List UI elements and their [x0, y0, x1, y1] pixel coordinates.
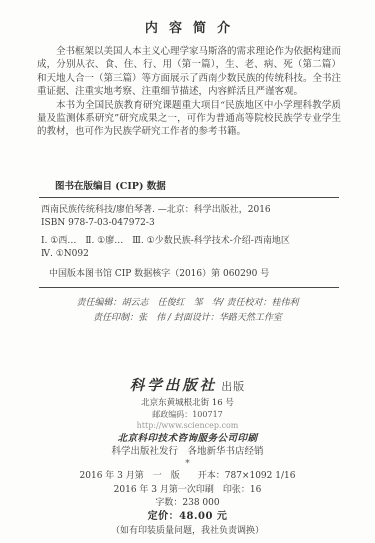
quality-note: （如有印装质量问题，我社负责调换）	[0, 524, 375, 539]
cip-classification-2: Ⅳ. ①N092	[39, 248, 339, 261]
content-summary-title: 内容简介	[0, 17, 375, 36]
publisher-postcode: 邮政编码：100717	[0, 409, 375, 420]
credits-editors-line: 责任编辑：胡云志 任俊红 邹 华/ 责任校对：桂伟利	[0, 296, 375, 311]
publisher-website: http://www.sciencep.com	[0, 420, 375, 432]
summary-paragraph-1: 全书框架以美国人本主义心理学家马斯洛的需求理论作为依据构建而成，分别从衣、食、住…	[37, 45, 341, 99]
cip-title-line: 西南民族传统科技/廖伯琴著. —北京：科学出版社，2016	[39, 204, 339, 217]
cip-header: 图书在版编目 (CIP) 数据	[39, 178, 339, 197]
cip-isbn: ISBN 978-7-03-047972-3	[39, 217, 339, 230]
cip-classification-1: Ⅰ. ①西… Ⅱ. ①廖… Ⅲ. ①少数民族-科学技术-介绍-西南地区	[39, 235, 339, 248]
price: 定价：48.00 元	[0, 510, 375, 524]
publisher-line: 科学出版社 出版	[0, 378, 375, 395]
credits-print-design-line: 责任印制：张 伟 / 封面设计：华路天然工作室	[0, 311, 375, 326]
cip-registry-number: 中国版本图书馆 CIP 数据核字（2016）第 060290 号	[39, 268, 339, 281]
cip-data-block: 图书在版编目 (CIP) 数据 西南民族传统科技/廖伯琴著. —北京：科学出版社…	[39, 178, 339, 288]
copyright-page: 内容简介 全书框架以美国人本主义心理学家马斯洛的需求理论作为依据构建而成，分别从…	[0, 0, 375, 543]
publisher-suffix: 出版	[221, 380, 245, 393]
staff-credits: 责任编辑：胡云志 任俊红 邹 华/ 责任校对：桂伟利 责任印制：张 伟 / 封面…	[0, 296, 375, 326]
content-summary: 全书框架以美国人本主义心理学家马斯洛的需求理论作为依据构建而成，分别从衣、食、住…	[37, 45, 341, 139]
publisher-address: 北京东黄城根北街 16 号	[0, 397, 375, 409]
cip-bottom-rule	[39, 287, 339, 288]
star-divider: *	[0, 459, 375, 470]
distribution-line: 科学出版社发行 各地新华书店经销	[0, 445, 375, 459]
printer-line: 北京科印技术咨询服务公司印刷	[0, 432, 375, 445]
publisher-logo-text: 科学出版社	[130, 377, 218, 394]
word-count: 字数：238 000	[0, 497, 375, 510]
printing-info: 2016 年 3 月第一次印刷 印张：16	[0, 484, 375, 498]
edition-info: 2016 年 3 月第 一 版 开本：787×1092 1/16	[0, 470, 375, 484]
cip-top-rule	[39, 197, 339, 198]
colophon: 科学出版社 出版 北京东黄城根北街 16 号 邮政编码：100717 http:…	[0, 378, 375, 539]
summary-paragraph-2: 本书为全国民族教育研究课题重大项目“民族地区中小学理科教学质量及监测体系研究”研…	[37, 99, 341, 139]
